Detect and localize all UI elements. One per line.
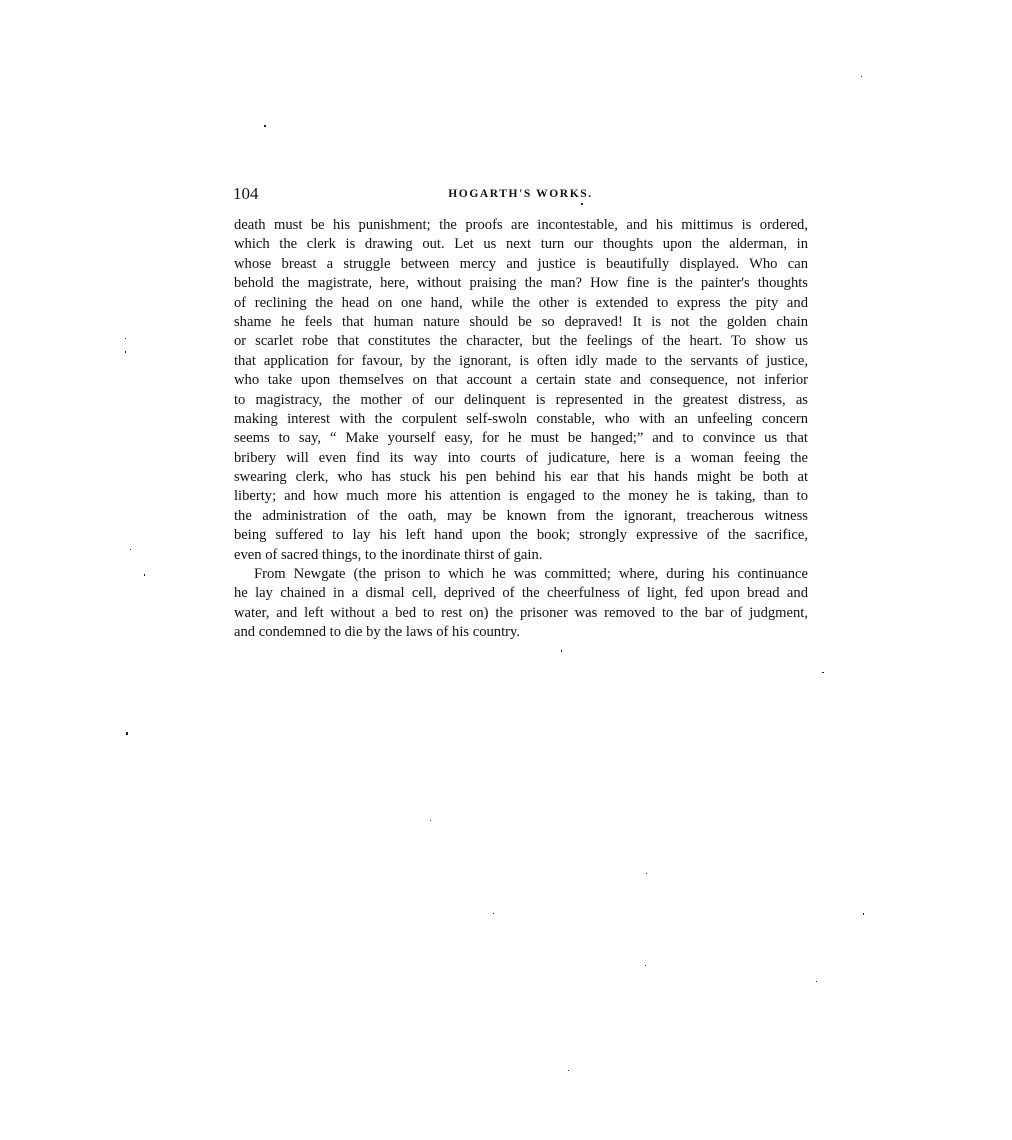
text-line: making interest with the corpulent self-… xyxy=(234,410,808,429)
scan-speck xyxy=(822,672,824,673)
text-line: to magistracy, the mother of our delinqu… xyxy=(234,391,808,410)
text-line: From Newgate (the prison to which he was… xyxy=(234,565,808,584)
scan-speck xyxy=(144,574,145,576)
body-text: death must be his punishment; the proofs… xyxy=(234,216,808,643)
paragraph-1: death must be his punishment; the proofs… xyxy=(234,216,808,565)
text-line: whose breast a struggle between mercy an… xyxy=(234,255,808,274)
scan-speck xyxy=(125,338,126,339)
text-line: water, and left without a bed to rest on… xyxy=(234,604,808,623)
text-line: which the clerk is drawing out. Let us n… xyxy=(234,235,808,254)
scan-speck xyxy=(493,913,494,914)
scan-speck xyxy=(816,981,817,982)
text-line: the administration of the oath, may be k… xyxy=(234,507,808,526)
text-line: that application for favour, by the igno… xyxy=(234,352,808,371)
text-line: swearing clerk, who has stuck his pen be… xyxy=(234,468,808,487)
text-line: seems to say, “ Make yourself easy, for … xyxy=(234,429,808,448)
text-line: behold the magistrate, here, without pra… xyxy=(234,274,808,293)
scan-speck xyxy=(430,820,431,821)
scan-speck xyxy=(568,1070,569,1071)
paragraph-2: From Newgate (the prison to which he was… xyxy=(234,565,808,643)
scan-speck xyxy=(125,351,126,353)
scan-speck xyxy=(130,549,131,550)
scan-speck xyxy=(645,965,646,966)
scan-speck xyxy=(561,650,562,652)
text-line: liberty; and how much more his attention… xyxy=(234,487,808,506)
text-line: death must be his punishment; the proofs… xyxy=(234,216,808,235)
text-line: he lay chained in a dismal cell, deprive… xyxy=(234,584,808,603)
scan-speck xyxy=(646,873,647,874)
text-line: of reclining the head on one hand, while… xyxy=(234,294,808,313)
scan-speck xyxy=(863,913,864,915)
text-line: even of sacred things, to the inordinate… xyxy=(234,546,808,565)
scan-speck xyxy=(581,203,583,205)
scan-speck xyxy=(126,732,128,735)
running-head-title: HOGARTH'S WORKS. xyxy=(233,186,808,202)
scan-speck xyxy=(264,125,266,127)
scan-speck xyxy=(861,76,862,77)
text-line: shame he feels that human nature should … xyxy=(234,313,808,332)
text-line: or scarlet robe that constitutes the cha… xyxy=(234,332,808,351)
text-line: bribery will even find its way into cour… xyxy=(234,449,808,468)
text-line: being suffered to lay his left hand upon… xyxy=(234,526,808,545)
text-line: and condemned to die by the laws of his … xyxy=(234,623,808,642)
running-head: 104 HOGARTH'S WORKS. xyxy=(233,184,808,204)
scanned-book-page: 104 HOGARTH'S WORKS. death must be his p… xyxy=(0,0,1012,1140)
text-line: who take upon themselves on that account… xyxy=(234,371,808,390)
